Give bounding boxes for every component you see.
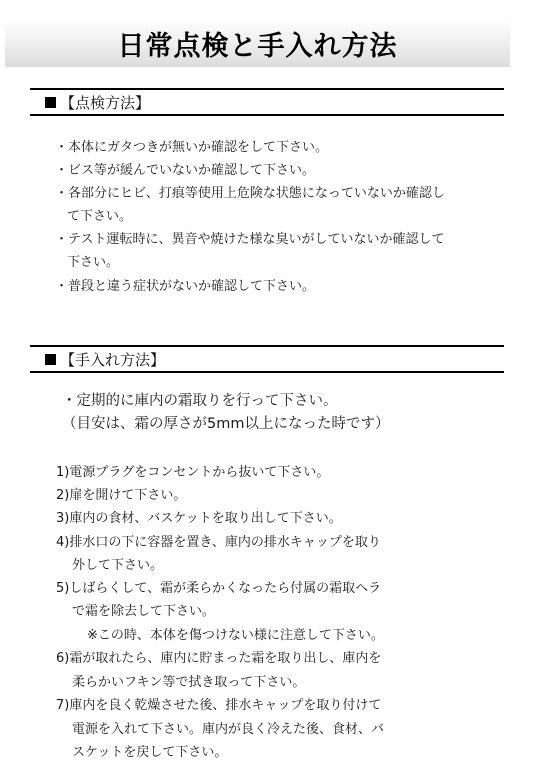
step-item: 2)扉を開けて下さい。 [56,488,186,504]
step-item-continuation: で霜を除去して下さい。 [72,604,215,620]
step-item: 4)排水口の下に容器を置き、庫内の排水キャップを取り [56,535,381,551]
intro-line: ・定期的に庫内の霜取りを行って下さい。 [62,393,338,409]
list-item: ・各部分にヒビ、打痕等使用上危険な状態になっていないか確認し [55,186,445,202]
step-item: 6)霜が取れたら、庫内に貯まった霜を取り出し、庫内を [56,651,381,667]
intro-note: （目安は、霜の厚さが5mm以上になった時です） [62,416,389,432]
list-item: ・普段と違う症状がないか確認して下さい。 [55,279,315,295]
step-item: 5)しばらくして、霜が柔らかくなったら付属の霜取ヘラ [56,581,381,597]
section-heading: 【手入れ方法】 [60,349,165,370]
black-square-icon [45,97,56,108]
list-item: ・本体にガタつきが無いか確認をして下さい。 [55,140,328,156]
step-caution-note: ※この時、本体を傷つけない様に注意して下さい。 [87,628,384,644]
section-header-maintenance: 【手入れ方法】 [30,345,504,373]
list-item: ・テスト運転時に、異音や焼けた様な臭いがしていないか確認して [55,232,444,248]
step-item: 3)庫内の食材、バスケットを取り出して下さい。 [56,511,342,527]
list-item-continuation: 下さい。 [67,255,119,271]
list-item-continuation: て下さい。 [67,209,132,225]
step-item-continuation: 電源を入れて下さい。庫内が良く冷えた後、食材、バ [72,722,384,738]
step-item-continuation: 柔らかいフキン等で拭き取って下さい。 [72,675,305,691]
step-item: 7)庫内を良く乾燥させた後、排水キャップを取り付けて [56,698,381,714]
step-item: 1)電源プラグをコンセントから抜いて下さい。 [56,465,329,481]
black-square-icon [45,354,56,365]
page-title: 日常点検と手入れ方法 [118,24,398,63]
title-banner: 日常点検と手入れ方法 [5,19,510,67]
list-item: ・ビス等が緩んでいないか確認して下さい。 [55,163,315,179]
step-item-continuation: スケットを戻して下さい。 [72,745,227,761]
step-item-continuation: 外して下さい。 [72,558,163,574]
section-heading: 【点検方法】 [60,92,150,113]
section-header-inspection: 【点検方法】 [30,88,504,116]
